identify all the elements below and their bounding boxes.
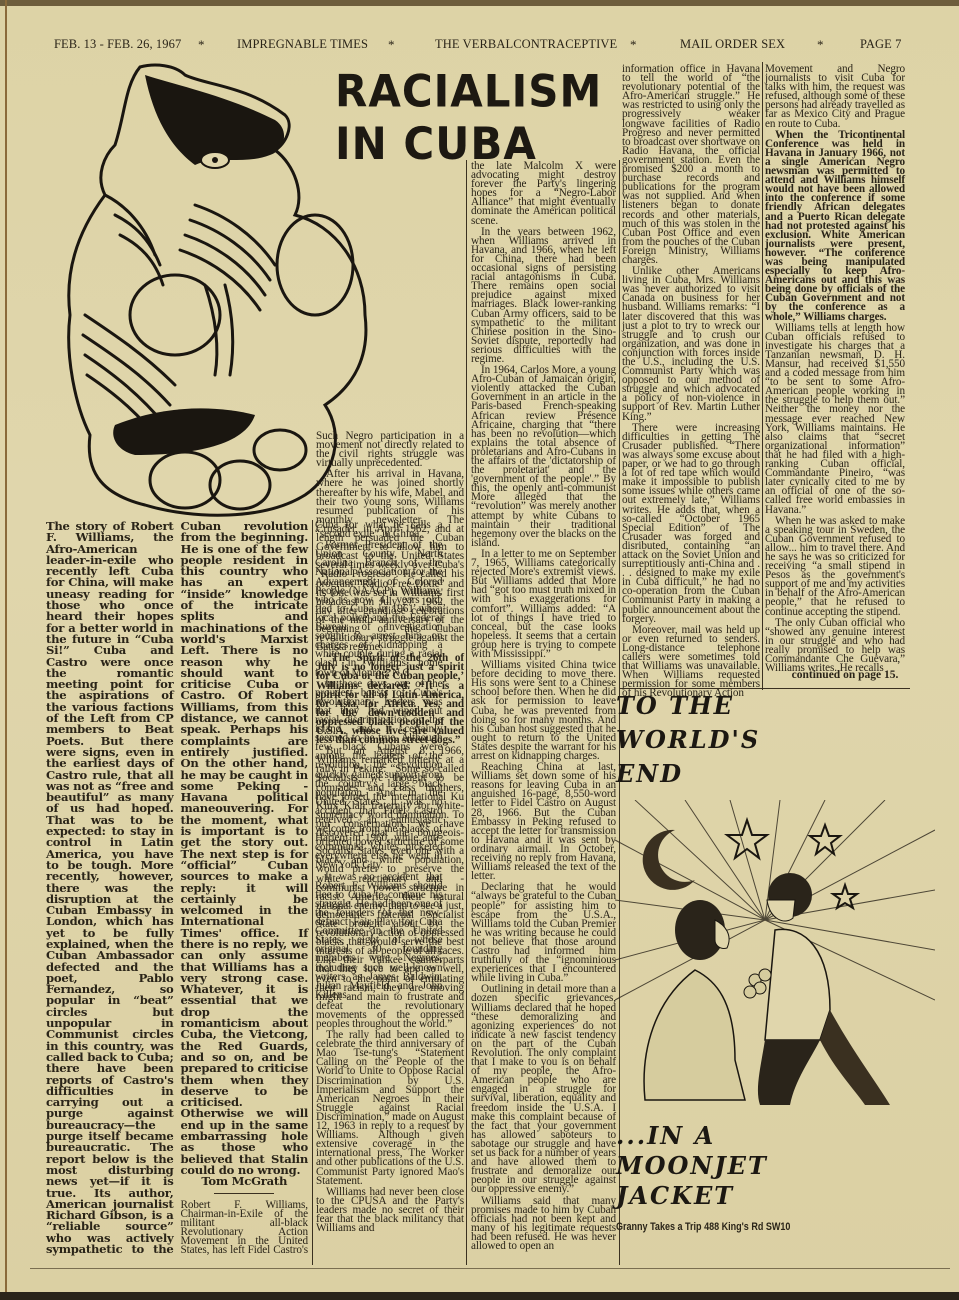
- page-bottom-rule: [30, 1268, 950, 1269]
- paragraph: Unlike other Americans living in Cuba, M…: [622, 267, 760, 422]
- separator-star: *: [817, 37, 824, 53]
- column-rule: [312, 520, 313, 1265]
- paragraph: In 1964, Carlos More, a young Afro-Cuban…: [471, 366, 616, 548]
- paragraph: Williams tells at length how Cuban offic…: [765, 324, 905, 515]
- paragraph: Declaring that he would “always be grate…: [471, 883, 616, 983]
- editorial-intro: The story of Robert F. Williams, the Afr…: [46, 521, 308, 1263]
- separator-star: *: [630, 37, 637, 53]
- article-column-4: the late Malcolm X were advocating might…: [471, 162, 616, 1251]
- ad-headline-line-2: WORLD'S: [616, 724, 760, 756]
- paragraph: In the years between 1962, when Williams…: [471, 228, 616, 364]
- issue-date: FEB. 13 - FEB. 26, 1967: [54, 37, 181, 52]
- binding-edge: [5, 0, 7, 1300]
- paragraph: In those days, one of the proudest boast…: [315, 680, 443, 871]
- section-rule: [620, 688, 910, 689]
- ad-headline-line-5: MOONJET: [616, 1150, 768, 1182]
- ad-headline-line-4: ...IN A: [616, 1120, 715, 1152]
- headline-line-1: RACIALISM: [335, 66, 602, 119]
- header-item-mail-order-sex: MAIL ORDER SEX: [680, 37, 785, 52]
- paragraph: Williams had never been close to the CPU…: [316, 1188, 464, 1233]
- couple-illustration: [615, 800, 935, 1110]
- paragraph: It was no accident that Robert F. Willia…: [315, 873, 443, 1000]
- scan-bottom-edge: [0, 1292, 959, 1300]
- running-header: FEB. 13 - FEB. 26, 1967 * IMPREGNABLE TI…: [0, 30, 959, 52]
- paragraph: In a letter to me on September 7, 1965, …: [471, 550, 616, 659]
- paragraph: Such Negro participation in a movement n…: [316, 432, 464, 468]
- continued-notice: continued on page 15.: [780, 669, 910, 681]
- paragraph: When he was asked to make a speaking tou…: [765, 517, 905, 617]
- paragraph: The rally had been called to celebrate t…: [316, 1031, 464, 1186]
- paragraph: information office in Havana to tell the…: [622, 65, 760, 265]
- paragraph: Williams said that many promises made to…: [471, 1197, 616, 1252]
- article-column-5: information office in Havana to tell the…: [622, 65, 760, 698]
- header-item-impregnable-times: IMPREGNABLE TIMES: [237, 37, 368, 52]
- paragraph: Movement and Negro journalists to visit …: [765, 65, 905, 129]
- article-headline: RACIALISM IN CUBA: [335, 66, 602, 171]
- separator-star: *: [198, 37, 205, 53]
- byline-rule: [214, 1193, 274, 1194]
- paragraph: Outlining in detail more than a dozen sp…: [471, 985, 616, 1194]
- header-item-verbalcontraceptive: THE VERBALCONTRACEPTIVE: [435, 37, 617, 52]
- page-number: PAGE 7: [860, 37, 901, 52]
- ad-headline-line-1: TO THE: [616, 690, 734, 722]
- ad-headline-line-3: END: [616, 758, 683, 790]
- paragraph: When the Tricontinental Conference was h…: [765, 131, 905, 322]
- paragraph: Williams visited China twice before deci…: [471, 661, 616, 761]
- ad-shop-address: Granny Takes a Trip 488 King's Rd SW10: [616, 1221, 790, 1233]
- paragraph: Reaching China at last, Williams set dow…: [471, 763, 616, 881]
- column-rule: [762, 62, 763, 690]
- ad-headline-line-6: JACKET: [616, 1180, 734, 1212]
- intro-byline: Tom McGrath: [181, 1176, 309, 1187]
- paragraph: The only Cuban official who “showed any …: [765, 619, 905, 674]
- paragraph: the late Malcolm X were advocating might…: [471, 162, 616, 226]
- intro-text: The story of Robert F. Williams, the Afr…: [46, 521, 308, 1263]
- column-rule: [466, 160, 467, 1265]
- separator-star: *: [388, 37, 395, 53]
- paragraph: Former President of the Union County, No…: [315, 541, 443, 677]
- article-column-6: Movement and Negro journalists to visit …: [765, 65, 905, 673]
- scan-top-edge: [0, 0, 959, 6]
- paragraph: There were increasing difficulties in ge…: [622, 424, 760, 624]
